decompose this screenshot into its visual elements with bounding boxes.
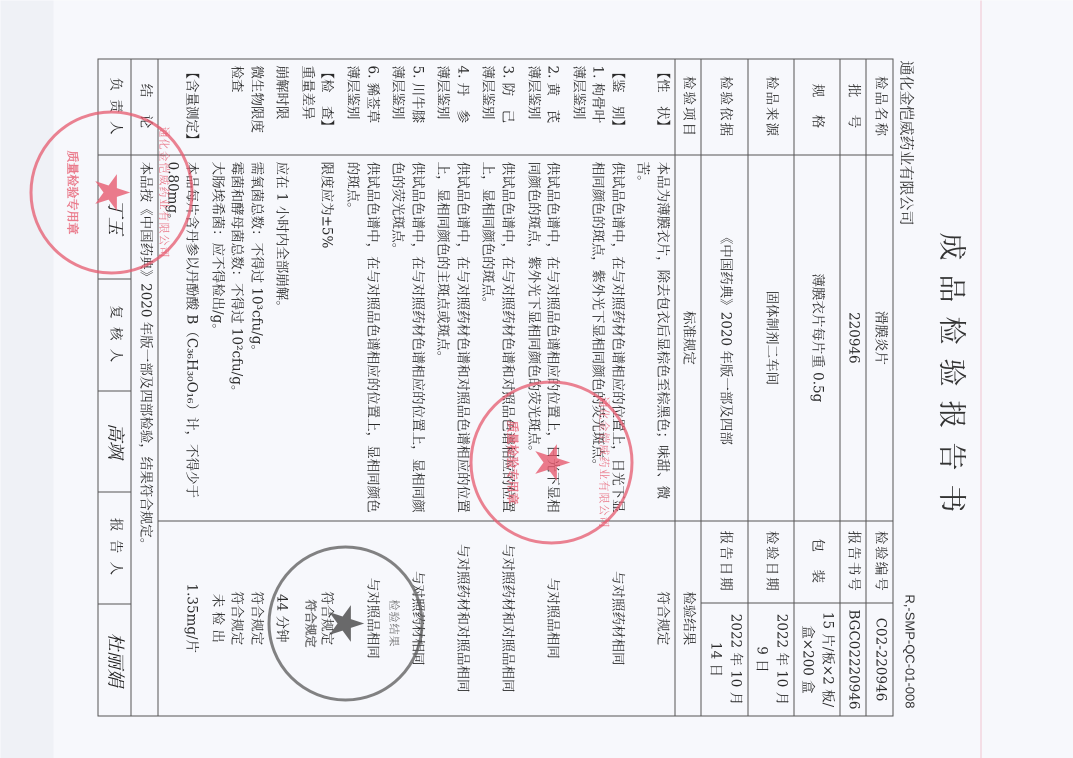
item-name: 3. 防 己 薄层鉴别 [474, 59, 519, 155]
item-result: 与对照品相同 [519, 520, 564, 715]
item-standard: 供试品色谱中，在与对照品色谱相应的位置上，显相同颜色的斑点。 [339, 155, 384, 520]
item-standard: 供试品色谱中，在与对照药材色谱和对照品色谱相应的位置上，显相同颜色的主斑点或斑点… [429, 155, 474, 520]
stamp-text: 检验结果 [386, 548, 402, 698]
reporter-signature: 杜丽娟 [98, 603, 130, 715]
test-date: 2022 年 10 月 9 日 [747, 603, 793, 716]
inspection-report-page: 成品检验报告书 通化金恺威药业有限公司 R,-SMP-QC-01-008 检品名… [0, 0, 1073, 758]
test-item-row: 4. 丹 参 薄层鉴别供试品色谱中，在与对照药材色谱和对照品色谱相应的位置上，显… [429, 59, 474, 716]
test-date-label: 检验日期 [747, 520, 793, 602]
item-standard: 本品为薄膜衣片，除去包衣后显棕色至棕黑色；味甜、微苦。 [629, 155, 675, 520]
basis-label: 检验依据 [701, 59, 747, 155]
basis-value: 《中国药典》2020 年版一部及四部 [701, 155, 747, 520]
col-result-header: 检验结果 [674, 520, 701, 715]
item-result: 与对照药材相同 [564, 520, 629, 715]
column-header-row: 检验项目 标准规定 检验结果 [674, 59, 701, 716]
item-name: 【检 查】 重量差异 [293, 59, 338, 155]
item-name: 【鉴 别】 1. 枸骨叶 薄层鉴别 [564, 59, 629, 155]
report-no-label: 报告书号 [839, 520, 866, 602]
inspection-no-label: 检验编号 [866, 520, 893, 602]
report-table: 检品名称 滑膜炎片 检验编号 C02-220946 批 号 220946 报告书… [97, 58, 893, 716]
col-item-header: 检验项目 [674, 59, 701, 155]
batch-number: 220946 [839, 155, 866, 520]
form-number: R,-SMP-QC-01-008 [902, 594, 917, 708]
reporter-label: 报 告 人 [98, 491, 130, 603]
report-date: 2022 年 10 月 14 日 [701, 603, 747, 716]
spec-value: 薄膜衣片每片重 0.5g [793, 155, 839, 520]
info-row: 检验依据 《中国药典》2020 年版一部及四部 报告日期 2022 年 10 月… [701, 59, 747, 716]
test-item-row: 【性 状】本品为薄膜衣片，除去包衣后显棕色至棕黑色；味甜、微苦。符合规定 [629, 59, 675, 716]
star-icon: ★ [87, 170, 135, 213]
reviewer-label: 复 核 人 [98, 278, 130, 390]
item-result: 与对照药材和对照品相同 [474, 520, 519, 715]
info-row: 检品来源 固体制剂二车间 检验日期 2022 年 10 月 9 日 [747, 59, 793, 716]
stamp-text: 符合规定 [302, 548, 319, 698]
product-name: 滑膜炎片 [866, 155, 893, 520]
item-standard: 限度应为±5% [293, 155, 338, 520]
source-label: 检品来源 [747, 59, 793, 155]
report-date-label: 报告日期 [701, 520, 747, 602]
item-name: 崩解时限 [268, 59, 294, 155]
spec-label: 规 格 [793, 59, 839, 155]
red-company-stamp: 通化金恺威药业有限公司 ★ 质量检验专用章 [469, 380, 633, 544]
company-name: 通化金恺威药业有限公司 [896, 60, 917, 225]
item-name: 2. 黄 芪 薄层鉴别 [519, 59, 564, 155]
item-name: 5. 川牛膝 薄层鉴别 [384, 59, 429, 155]
item-result: 符合规定 [629, 520, 675, 715]
info-row: 批 号 220946 报告书号 BGC02220946 [839, 59, 866, 716]
margin-line [980, 0, 981, 758]
stamp-text: 质量检验专用章 [64, 113, 81, 271]
gray-result-stamp: 检验结果 ★ 符合规定 [267, 545, 423, 701]
item-result: 与对照药材和对照品相同 [429, 520, 474, 715]
batch-label: 批 号 [839, 59, 866, 155]
report-title: 成品检验报告书 [933, 0, 973, 758]
item-name: 6. 豨莶草 薄层鉴别 [339, 59, 384, 155]
report-number: BGC02220946 [839, 603, 866, 716]
star-icon: ★ [527, 440, 575, 483]
page-fold-shadow [0, 0, 53, 758]
package-label: 包 装 [793, 520, 839, 602]
red-quality-stamp: 通化金恺威药业有限公司 ★ 质量检验专用章 [29, 110, 193, 274]
package-value: 15 片/板×2 板/盒×200 盒 [793, 603, 839, 716]
item-result: 1.35mg/片 [158, 520, 204, 715]
item-name: 【性 状】 [629, 59, 675, 155]
info-row: 规 格 薄膜衣片每片重 0.5g 包 装 15 片/板×2 板/盒×200 盒 [793, 59, 839, 716]
item-result: 符合规定 符合规定 未 检 出 [203, 520, 268, 715]
test-item-row: 微生物限度 检查需氧菌总数：不得过 10³cfu/g。 霉菌和酵母菌总数：不得过… [203, 59, 268, 716]
stamp-text: 通化金恺威药业有限公司 [596, 383, 612, 541]
item-standard: 应在 1 小时内全部崩解。 [268, 155, 294, 520]
inspection-no: C02-220946 [866, 603, 893, 716]
col-standard-header: 标准规定 [674, 155, 701, 520]
stamp-text: 通化金恺威药业有限公司 [156, 113, 172, 271]
reviewer-signature: 高飒 [98, 390, 130, 491]
stamp-text: 质量检验专用章 [504, 383, 521, 541]
source-value: 固体制剂二车间 [747, 155, 793, 520]
product-name-label: 检品名称 [866, 59, 893, 155]
star-icon: ★ [321, 601, 369, 644]
item-name: 4. 丹 参 薄层鉴别 [429, 59, 474, 155]
item-name: 微生物限度 检查 [203, 59, 268, 155]
info-row: 检品名称 滑膜炎片 检验编号 C02-220946 [866, 59, 893, 716]
item-standard: 供试品色谱中，在与对照药材色谱相应的位置上，显相同颜色的荧光斑点。 [384, 155, 429, 520]
item-standard: 需氧菌总数：不得过 10³cfu/g。 霉菌和酵母菌总数：不得过 10²cfu/… [203, 155, 268, 520]
